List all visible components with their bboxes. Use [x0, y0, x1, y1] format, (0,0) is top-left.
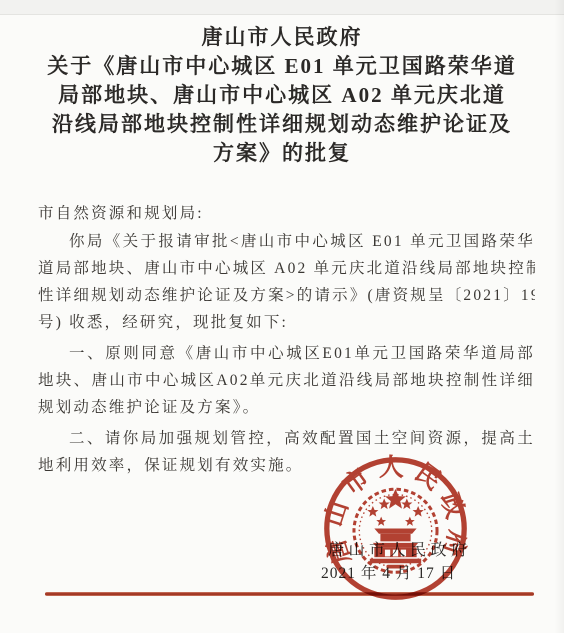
body-line: 号) 收悉，经研究，现批复如下:: [38, 309, 535, 336]
document-page: 唐山市人民政府 关于《唐山市中心城区 E01 单元卫国路荣华道 局部地块、唐山市…: [0, 0, 564, 633]
paragraph-intro: 你局《关于报请审批<唐山市中心城区 E01 单元卫国路荣华 道局部地块、唐山市中…: [38, 228, 535, 336]
official-seal: 唐山市人民政府: [320, 453, 471, 604]
document-title-line: 沿线局部地块控制性详细规划动态维护论证及: [0, 110, 564, 139]
body-line: 性详细规划动态维护论证及方案>的请示》(唐资规呈〔2021〕190: [38, 282, 535, 309]
photo-top-strip: [0, 0, 564, 15]
document-title-line: 局部地块、唐山市中心城区 A02 单元庆北道: [0, 81, 564, 110]
body-line: 道局部地块、唐山市中心城区 A02 单元庆北道沿线局部地块控制: [38, 255, 535, 282]
body-line: 你局《关于报请审批<唐山市中心城区 E01 单元卫国路荣华: [38, 228, 535, 255]
body-line: 地块、唐山市中心城区A02单元庆北道沿线局部地块控制性详细: [38, 367, 535, 394]
issuing-authority: 唐山市人民政府: [0, 23, 564, 52]
seal-national-emblem-icon: [354, 489, 437, 572]
document-title-line: 方案》的批复: [0, 139, 564, 168]
document-body: 市自然资源和规划局: 你局《关于报请审批<唐山市中心城区 E01 单元卫国路荣华…: [38, 200, 535, 483]
paragraph-item-1: 一、原则同意《唐山市中心城区E01单元卫国路荣华道局部 地块、唐山市中心城区A0…: [38, 340, 535, 421]
body-line: 一、原则同意《唐山市中心城区E01单元卫国路荣华道局部: [38, 340, 535, 367]
document-header: 唐山市人民政府 关于《唐山市中心城区 E01 单元卫国路荣华道 局部地块、唐山市…: [0, 23, 564, 168]
body-line: 规划动态维护论证及方案》。: [38, 394, 535, 421]
document-title-line: 关于《唐山市中心城区 E01 单元卫国路荣华道: [0, 52, 564, 81]
salutation: 市自然资源和规划局:: [38, 200, 535, 227]
body-line: 二、请你局加强规划管控，高效配置国土空间资源，提高土: [38, 425, 535, 452]
